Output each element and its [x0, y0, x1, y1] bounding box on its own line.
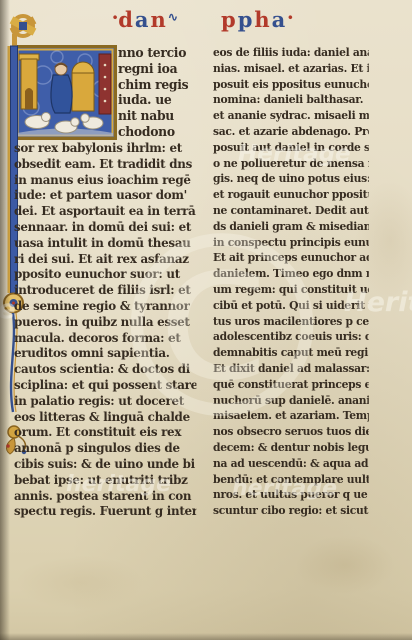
text-line: ds danieli gram & misediam: [213, 219, 369, 235]
text-line: posuit aut daniel in corde su: [213, 140, 369, 156]
parchment-stain: [15, 555, 145, 610]
running-title-right: ppha∙: [221, 7, 294, 32]
text-line: et ananie sydrac. misaeli mi: [213, 108, 369, 124]
title-letter: h: [254, 7, 271, 32]
text-line: Et ait princeps eunuchor ad: [213, 250, 369, 266]
text-line: scuntur cibo regio: et sicut: [213, 503, 369, 519]
text-line: sac. et azarie abdenago. Pro: [213, 124, 369, 140]
text-line: eruditos omni sapientia.: [14, 345, 196, 361]
text-line: iuda. ue: [118, 93, 200, 109]
text-line: eos litteras & linguā chalde: [14, 409, 196, 425]
text-line: posuit eis ppositus eunuchor: [213, 77, 369, 93]
text-line: misaelem. et azariam. Tempta: [213, 408, 369, 424]
text-line: de semine regio & tyrannor: [14, 298, 196, 314]
text-line: demnabitis caput meū regi.: [213, 345, 369, 361]
text-line: dei. Et asportauit ea in terrā: [14, 203, 196, 219]
text-line: quē constituerat princeps eu: [213, 377, 369, 393]
text-line: cautos scientia: & doctos di: [14, 361, 196, 377]
maroon-column: [99, 54, 111, 114]
top-knot-flourish: [10, 16, 37, 36]
text-line: obsedit eam. Et tradidit dns: [14, 156, 196, 172]
text-line: nos obsecro seruos tuos diebz: [213, 424, 369, 440]
text-line: Et dixit daniel ad malassar:: [213, 361, 369, 377]
text-line: macula. decoros forma: et: [14, 330, 196, 346]
pen-flourish-icon: ∿: [168, 10, 178, 24]
text-line: eos de filiis iuda: daniel ana: [213, 45, 369, 61]
text-line: tus uros macilentiores p ceris: [213, 314, 369, 330]
text-line: uasa intulit in domū thesau: [14, 235, 196, 251]
title-letter: a: [135, 7, 151, 32]
text-line: et rogauit eunuchor ppositū: [213, 187, 369, 203]
text-line: in conspectu principis eunuchor: [213, 235, 369, 251]
text-line: bendū: et contemplare uultus: [213, 472, 369, 488]
page-edge-shadow: [0, 0, 10, 640]
left-column-opening: nno tercio regni ioa chim regis iuda. ue…: [118, 46, 200, 141]
text-line: sciplina: et qui possent stare: [14, 377, 196, 393]
text-line: cibū et potū. Qui si uiderit uul: [213, 298, 369, 314]
title-letter: d: [118, 7, 135, 32]
title-letter: a: [272, 7, 288, 32]
running-title-left: ∙dan∿: [112, 7, 178, 32]
text-line: iude: et partem uasor dom': [14, 187, 196, 203]
page-edge-shadow: [0, 633, 412, 640]
text-line: chim regis: [118, 78, 200, 94]
text-line: nomina: danieli balthasar.: [213, 92, 369, 108]
text-line: nias. misael. et azarias. Et im: [213, 61, 369, 77]
text-line: o ne pollueretur de mensa re: [213, 156, 369, 172]
text-line: nros. et uultus pueror q ue: [213, 487, 369, 503]
text-line: spectu regis. Fuerunt g inter: [14, 503, 196, 519]
text-line: annonā p singulos dies de: [14, 440, 196, 456]
dome-tower-icon: [72, 62, 94, 111]
title-letter: n: [151, 7, 168, 32]
text-line: chodono: [118, 125, 200, 141]
text-line: nno tercio: [118, 46, 200, 62]
text-line: ne contaminaret. Dedit autē: [213, 203, 369, 219]
text-line: decem: & dentur nobis legumi: [213, 440, 369, 456]
left-column: sor rex babylonis ihrlm: et obsedit eam.…: [14, 140, 196, 519]
text-line: introduceret de filiis isrl: et: [14, 282, 196, 298]
text-line: danielem. Timeo ego dnm me: [213, 266, 369, 282]
text-line: ri dei sui. Et ait rex asfanaz: [14, 251, 196, 267]
manuscript-page: ∙dan∿ ppha∙: [0, 0, 412, 640]
text-line: adolescentibz coeuis uris: con: [213, 329, 369, 345]
text-line: pueros. in quibz nulla esset: [14, 314, 196, 330]
text-line: nit nabu: [118, 109, 200, 125]
pen-flourish-icon: ∙: [287, 10, 293, 24]
parchment-stain: [295, 535, 395, 595]
text-line: cibis suis: & de uino unde bi: [14, 456, 196, 472]
text-line: annis. postea starent in con: [14, 488, 196, 504]
title-letter: p: [238, 7, 255, 32]
text-line: na ad uescendū: & aqua ad bi: [213, 456, 369, 472]
text-line: bebat ipse: ut enutriti tribz: [14, 472, 196, 488]
text-line: gis. neq de uino potus eius:: [213, 171, 369, 187]
text-line: pposito eunuchor suor: ut: [14, 266, 196, 282]
text-line: sennaar. in domū dei sui: et: [14, 219, 196, 235]
right-column: eos de filiis iuda: daniel ana nias. mis…: [213, 45, 369, 519]
text-line: sor rex babylonis ihrlm: et: [14, 140, 196, 156]
text-line: orum. Et constituit eis rex: [14, 424, 196, 440]
title-letter: p: [221, 7, 238, 32]
text-line: in palatio regis: ut doceret: [14, 393, 196, 409]
text-line: regni ioa: [118, 62, 200, 78]
text-line: in manus eius ioachim regē: [14, 172, 196, 188]
text-line: um regem: qui constituit uob: [213, 282, 369, 298]
text-line: nuchorū sup danielē. ananiā.: [213, 393, 369, 409]
